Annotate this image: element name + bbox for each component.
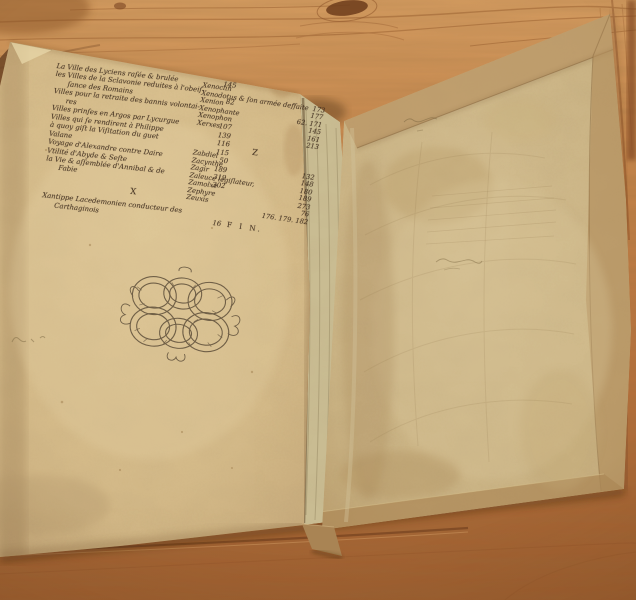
- entry-page-number: 213: [302, 142, 320, 152]
- table-edge-shadow: [627, 0, 636, 160]
- entry-page-number: [321, 104, 325, 105]
- entry-page-number: [311, 171, 315, 172]
- entry-label: Fabie: [45, 163, 78, 175]
- photo-open-book-on-table: La Ville des Lyciens raſée & brulée145le…: [0, 0, 636, 600]
- index-column-2: XenoclinXenodotus & ſon armée deffaite17…: [183, 82, 326, 240]
